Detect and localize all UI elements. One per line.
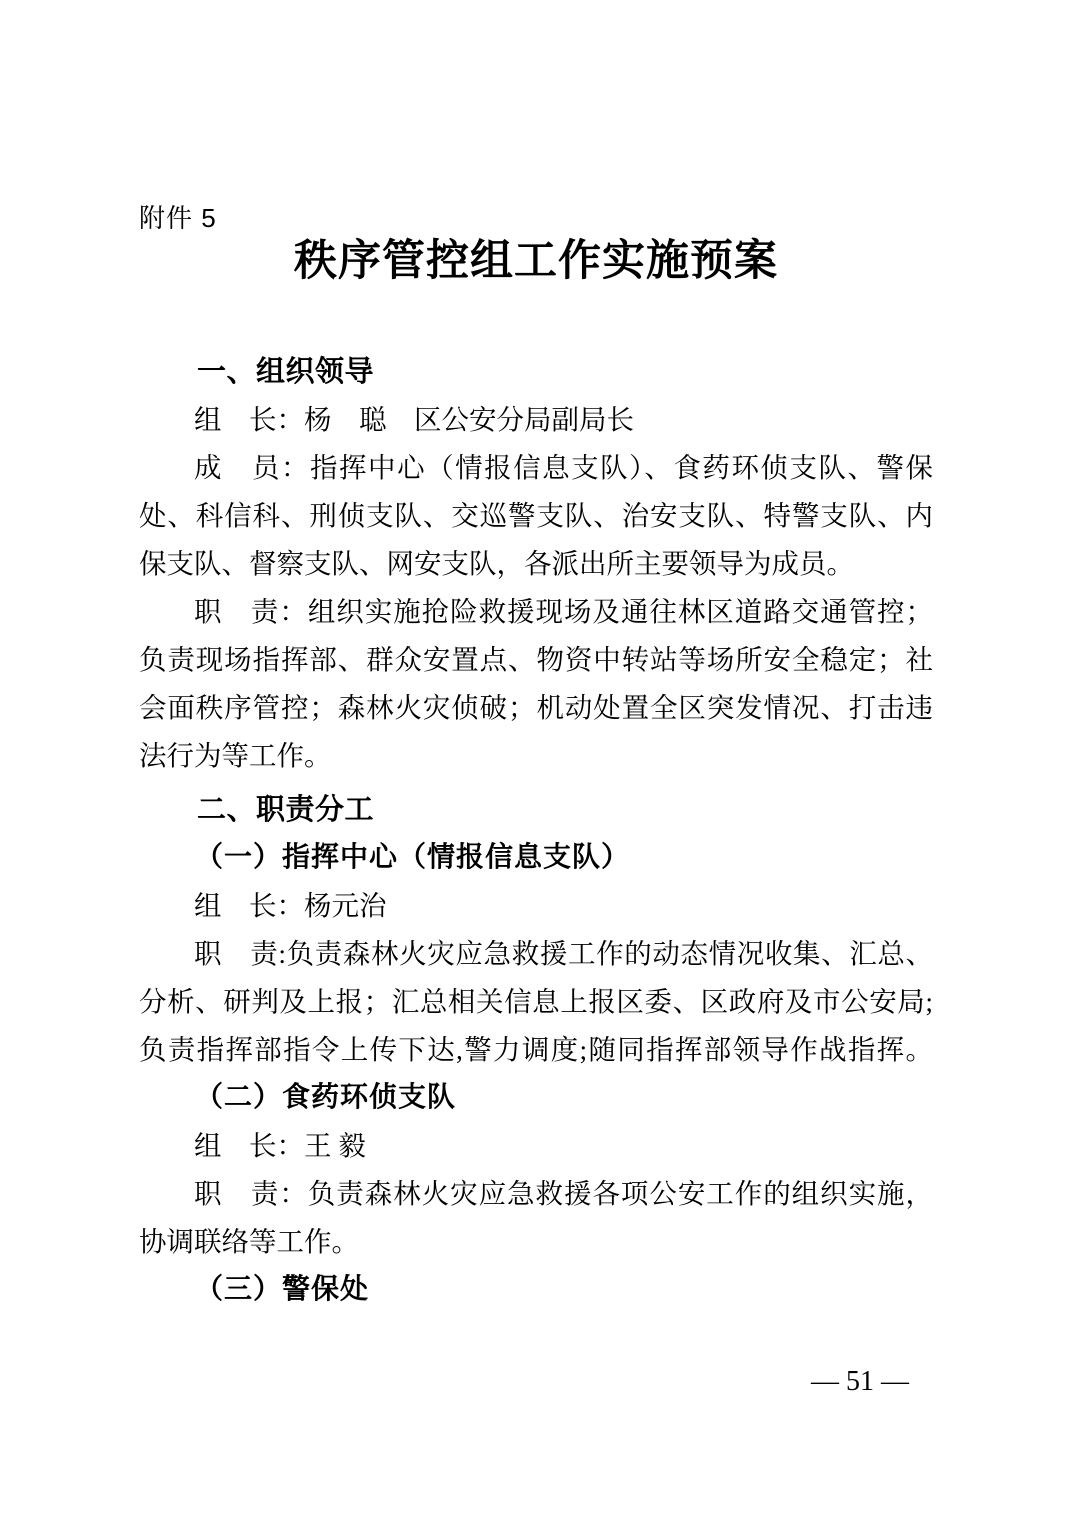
document-page: 附件 5 秩序管控组工作实施预案 一、组织领导 组 长：杨 聪 区公安分局副局长… <box>0 0 1074 1520</box>
subsection-2-duties-paragraph: 职 责：负责森林火灾应急救援各项公安工作的组织实施，协调联络等工作。 <box>139 1170 933 1266</box>
subsection-2-leader-line: 组 长：王 毅 <box>139 1122 933 1170</box>
page-number: — 51 — <box>760 1362 960 1402</box>
section-1-duties-paragraph: 职 责：组织实施抢险救援现场及通往林区道路交通管控；负责现场指挥部、群众安置点、… <box>139 588 933 780</box>
subsection-3-heading: （三）警保处 <box>139 1266 933 1314</box>
section-1-heading: 一、组织领导 <box>139 348 933 396</box>
subsection-1-leader-line: 组 长：杨元治 <box>139 882 933 930</box>
attachment-label: 附件 5 <box>139 201 217 235</box>
subsection-1-duties-paragraph: 职 责:负责森林火灾应急救援工作的动态情况收集、汇总、分析、研判及上报；汇总相关… <box>139 930 933 1074</box>
section-2-heading: 二、职责分工 <box>139 786 933 834</box>
section-1-members-paragraph: 成 员：指挥中心（情报信息支队）、食药环侦支队、警保处、科信科、刑侦支队、交巡警… <box>139 444 933 588</box>
document-title: 秩序管控组工作实施预案 <box>139 236 933 288</box>
section-1-leader-line: 组 长：杨 聪 区公安分局副局长 <box>139 396 933 444</box>
subsection-2-heading: （二）食药环侦支队 <box>139 1074 933 1122</box>
subsection-1-heading: （一）指挥中心（情报信息支队） <box>139 834 933 882</box>
document-body: 一、组织领导 组 长：杨 聪 区公安分局副局长 成 员：指挥中心（情报信息支队）… <box>139 348 933 1314</box>
